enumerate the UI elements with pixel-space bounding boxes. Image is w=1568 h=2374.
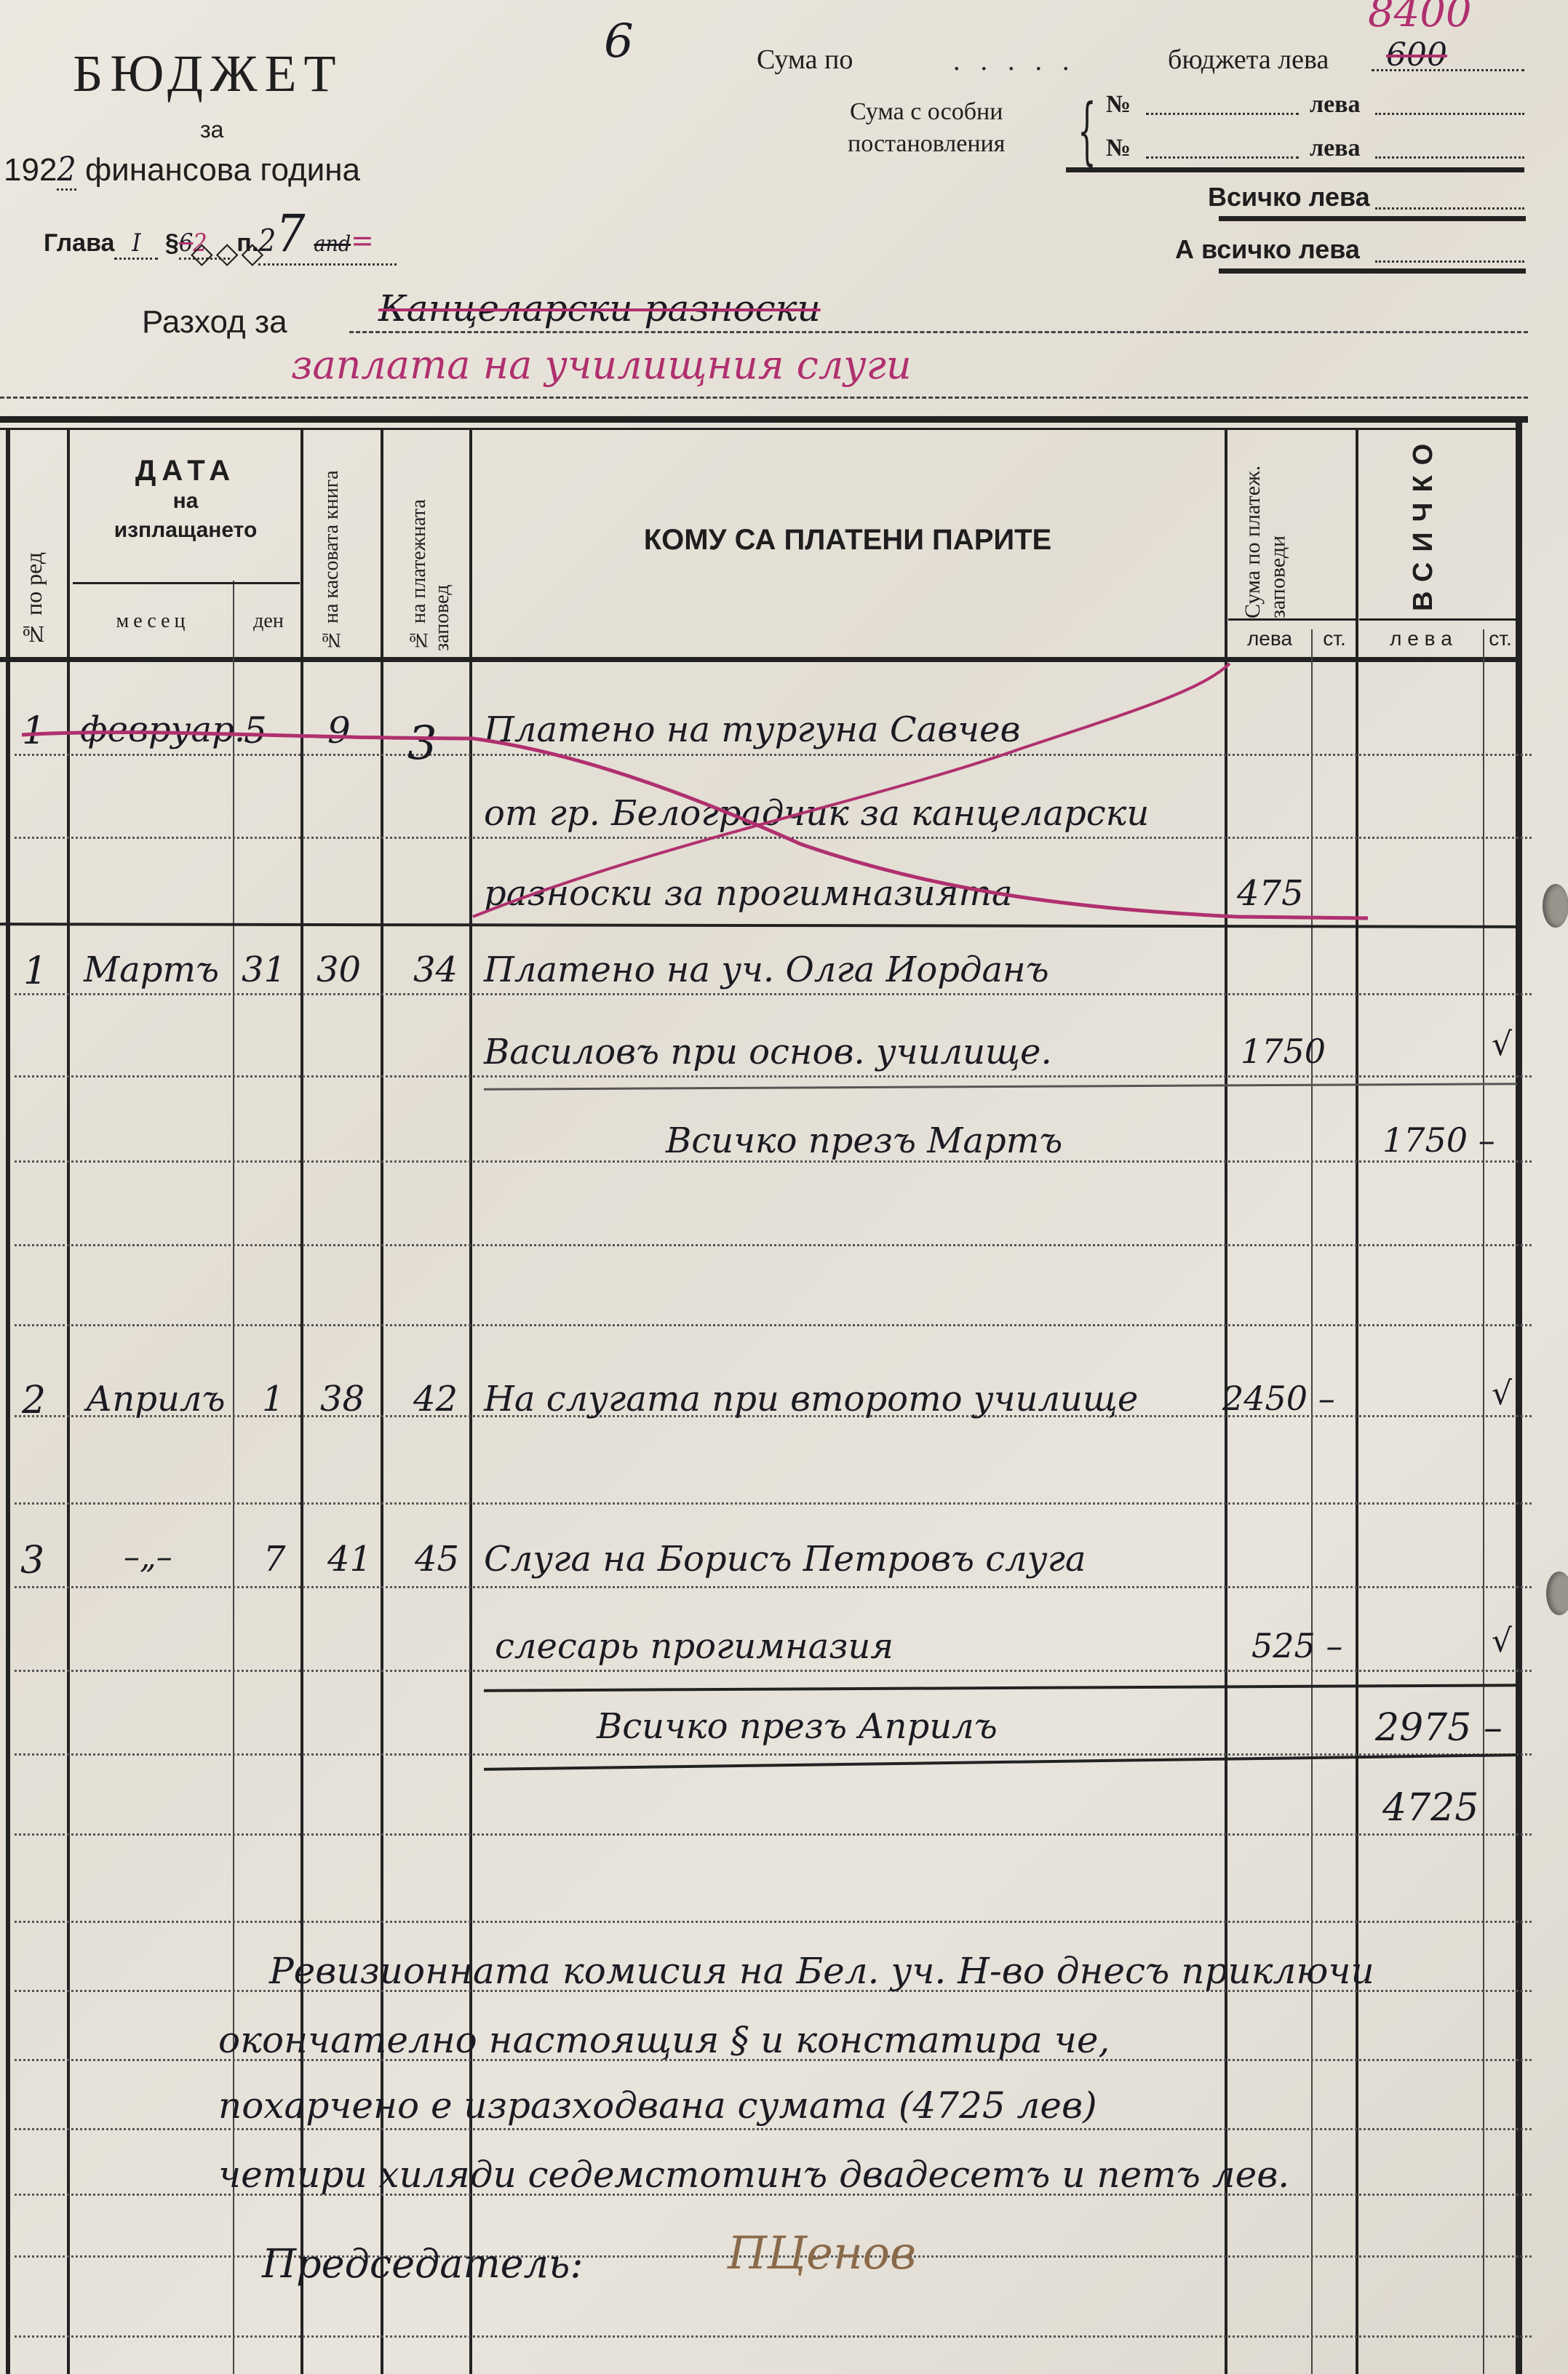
row-line: Платено на уч. Олга Иорданъ	[484, 949, 1049, 990]
leva-label-2: лева	[1310, 135, 1361, 162]
row-day: 31	[242, 949, 286, 990]
signature: ПЦенов	[728, 2226, 916, 2279]
page-number: 6	[604, 15, 634, 68]
leva-field-2[interactable]	[1375, 156, 1524, 159]
row-zapoved: 45	[415, 1539, 459, 1580]
header-suma-split	[1228, 618, 1356, 621]
glava-value: I	[114, 228, 158, 260]
vsichko-label: Всичко лева	[1208, 182, 1370, 212]
subtotal-label: Всичко презъ Мартъ	[666, 1120, 1062, 1161]
row-underline	[484, 1753, 1517, 1771]
row-underline	[484, 1083, 1517, 1090]
no-label-1: №	[1106, 91, 1131, 119]
check-mark-icon: √	[1492, 1622, 1512, 1660]
ruled-line	[15, 1324, 1532, 1326]
subtotal-label: Всичко презъ Априлъ	[597, 1706, 998, 1747]
ruled-line	[15, 993, 1532, 995]
document-title: БЮДЖЕТ	[73, 44, 343, 104]
ruled-line	[15, 1502, 1532, 1505]
ruled-line	[15, 2128, 1532, 2130]
row-line: На слугата при второто училище	[484, 1379, 1138, 1419]
header-st-2: ст.	[1484, 627, 1516, 650]
ruled-line	[15, 1921, 1532, 1923]
subtotal-value: 1750 –	[1382, 1120, 1495, 1160]
header-komu: КОМУ СА ПЛАТЕНИ ПАРИТЕ	[473, 524, 1222, 557]
note-line: Ревизионната комисия на Бел. уч. Н-во дн…	[269, 1950, 1374, 1992]
ruled-line	[15, 1075, 1532, 1078]
razhod-dotted-line	[349, 331, 1528, 333]
header-izplashtaneto: изплащането	[70, 518, 301, 543]
special-label-line-1: Сума с особни	[848, 96, 1005, 128]
za-label: за	[200, 116, 223, 143]
a-vsichko-field[interactable]	[1375, 260, 1524, 263]
header-kasova-kniga: № на касовата книга	[320, 451, 371, 651]
row-line: Слуга на Борисъ Петровъ слуга	[484, 1539, 1086, 1580]
check-mark-icon: √	[1492, 1375, 1512, 1412]
summary-rule-1	[1066, 167, 1524, 172]
row-line: слесарь прогимназия	[495, 1626, 894, 1667]
header-st: ст.	[1313, 627, 1356, 650]
razhod-struck-text: Канцеларски разноски	[378, 287, 821, 330]
leva-label-1: лева	[1310, 91, 1361, 119]
header-vsichko: ВСИЧКО	[1408, 437, 1440, 611]
summary-rule-3	[1219, 268, 1526, 274]
document-page: 6 БЮДЖЕТ за 1922 финансова година ГлаваI…	[0, 0, 1568, 2374]
punkt-struck-text: and	[314, 231, 351, 257]
ruled-line	[15, 1586, 1532, 1588]
special-label: Сума с особни постановления	[848, 96, 1005, 160]
row-kasa: 38	[320, 1379, 365, 1419]
row-month: –„–	[124, 1539, 172, 1576]
summary-rule-2	[1219, 216, 1526, 221]
paragraph-label: §	[165, 229, 179, 257]
signature-label: Председатель:	[262, 2241, 584, 2287]
no-label-2: №	[1106, 135, 1131, 162]
check-mark-icon: √	[1492, 1026, 1512, 1063]
header-leva-2: л е в а	[1359, 627, 1483, 650]
row-no: 1	[23, 949, 47, 993]
row-month: Априлъ	[86, 1379, 225, 1419]
special-label-line-2: постановления	[848, 128, 1005, 160]
vsichko-field[interactable]	[1375, 207, 1524, 210]
row-no: 2	[22, 1379, 46, 1422]
header-data: ДАТА	[70, 455, 301, 487]
note-line: окончателно настоящия § и констатира че,	[218, 2019, 1110, 2061]
table-top-rule	[0, 416, 1528, 423]
suma-po-label: Сума по	[757, 44, 853, 76]
ruled-line	[15, 1833, 1532, 1836]
brace-icon: {	[1078, 95, 1096, 167]
binder-hole	[1543, 884, 1568, 928]
budget-label: бюджета лева	[1168, 44, 1329, 76]
header-no-po-red: № по ред	[20, 502, 47, 648]
row-amount: 1750	[1241, 1032, 1326, 1071]
razhod-red-text: заплата на училищния слуги	[291, 342, 912, 388]
grand-total-value: 4725	[1382, 1786, 1479, 1830]
year-suffix: финансова година	[85, 152, 360, 188]
binder-hole	[1546, 1572, 1568, 1615]
row-day: 7	[263, 1539, 286, 1580]
header-mesec: месец	[73, 610, 233, 633]
year-prefix: 192	[4, 152, 57, 188]
leva-field-1[interactable]	[1375, 113, 1524, 115]
header-suma-po-zapovedi: Сума по платеж. заповеди	[1241, 429, 1342, 618]
row-kasa: 41	[327, 1539, 372, 1580]
row-underline	[484, 1684, 1521, 1692]
row-amount: 2450 –	[1222, 1379, 1335, 1418]
ruled-line	[15, 2335, 1532, 2338]
header-den: ден	[236, 610, 301, 633]
row-month: Мартъ	[84, 949, 219, 990]
no-field-1[interactable]	[1146, 113, 1299, 115]
ornament-icon: ◇◇◇	[191, 236, 266, 270]
header-platezhna-zapoved: № на платежната заповед	[407, 437, 458, 651]
row-kasa: 30	[317, 949, 361, 990]
header-leva: лева	[1230, 627, 1310, 650]
glava-label: Глава	[44, 229, 114, 257]
ruled-line	[15, 1753, 1532, 1756]
punkt-value-overwritten: 7	[276, 204, 305, 263]
budget-value-red: 8400	[1368, 0, 1472, 36]
year-handwritten: 2	[57, 149, 76, 191]
header-vsichko-split	[1359, 618, 1516, 621]
note-line: четири хиляди седемстотинъ двадесетъ и п…	[218, 2154, 1289, 2196]
razhod-label: Разход за	[142, 304, 287, 340]
header-date-split	[73, 582, 300, 584]
budget-value-struck: 600	[1386, 36, 1447, 73]
razhod-dotted-line-2	[0, 397, 1528, 399]
header-na: на	[70, 489, 301, 514]
no-field-2[interactable]	[1146, 156, 1299, 159]
row-zapoved: 34	[413, 949, 458, 990]
row-amount: 525 –	[1251, 1626, 1342, 1665]
row-zapoved: 42	[413, 1379, 458, 1419]
fiscal-year: 1922 финансова година	[4, 149, 360, 188]
row-line: Василовъ при основ. училище.	[484, 1032, 1052, 1072]
subtotal-value: 2975 –	[1375, 1706, 1503, 1750]
note-line: похарчено е изразходвана сумата (4725 ле…	[218, 2084, 1097, 2127]
row-no: 3	[20, 1539, 44, 1582]
a-vsichko-label: А всичко лева	[1175, 234, 1360, 265]
ruled-line	[15, 1244, 1532, 1246]
red-cross-strike-icon	[0, 655, 1528, 931]
ruled-line	[15, 1670, 1532, 1672]
suma-po-dots: .....	[953, 45, 1090, 77]
row-day: 1	[262, 1379, 284, 1419]
